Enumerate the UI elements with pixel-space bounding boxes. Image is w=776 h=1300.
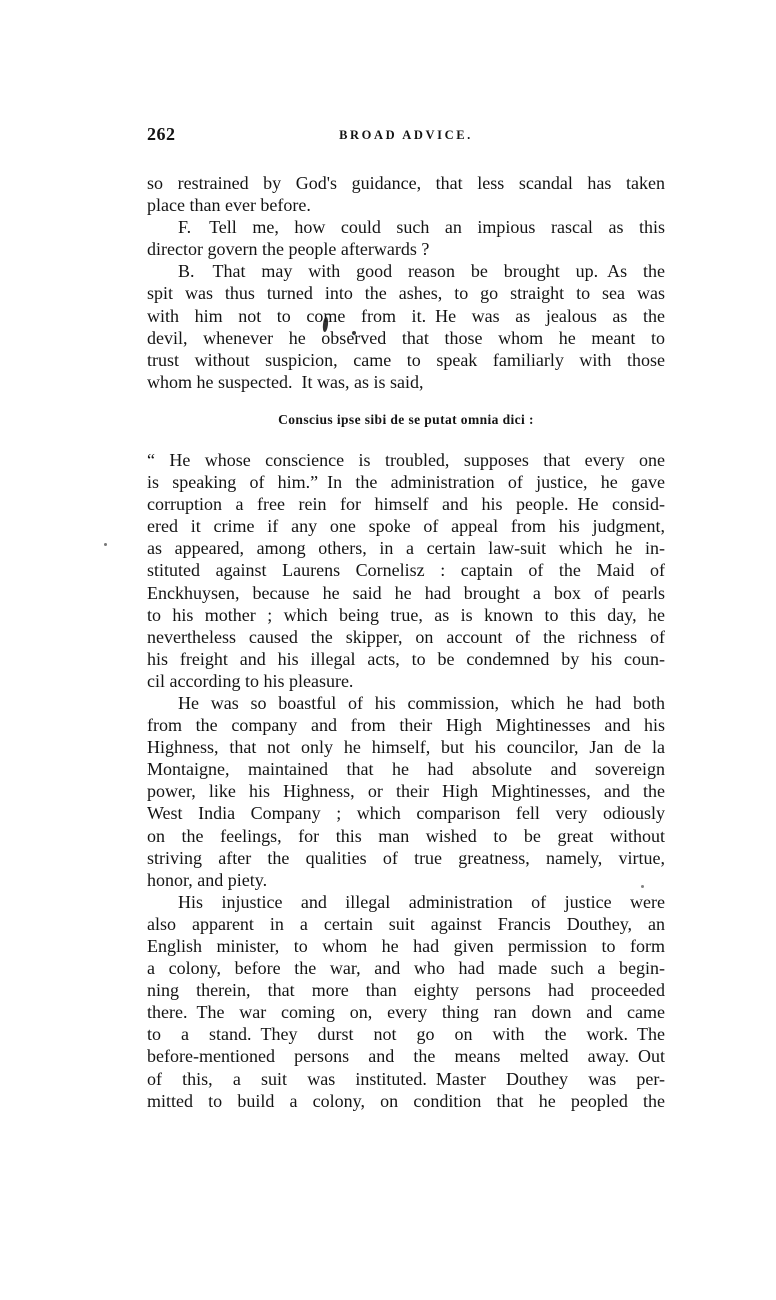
text-line: is speaking of him.” In the administrati… <box>147 471 665 493</box>
running-head: 262 BROAD ADVICE. <box>147 124 665 146</box>
paragraph: B. That may with good reason be brought … <box>147 260 665 393</box>
text-line: there. The war coming on, every thing ra… <box>147 1001 665 1023</box>
text-line: place than ever before. <box>147 194 665 216</box>
text-line: Highness, that not only he himself, but … <box>147 736 665 758</box>
text-line: before-mentioned persons and the means m… <box>147 1045 665 1067</box>
text-line: Montaigne, maintained that he had absolu… <box>147 758 665 780</box>
text-line: spit was thus turned into the ashes, to … <box>147 282 665 304</box>
text-line: a colony, before the war, and who had ma… <box>147 957 665 979</box>
text-line: trust without suspicion, came to speak f… <box>147 349 665 371</box>
text-line: from the company and from their High Mig… <box>147 714 665 736</box>
ink-speck <box>641 885 644 888</box>
text-line: striving after the qualities of true gre… <box>147 847 665 869</box>
text-line: cil according to his pleasure. <box>147 670 665 692</box>
paragraph: “ He whose conscience is troubled, suppo… <box>147 449 665 692</box>
text-line: on the feelings, for this man wished to … <box>147 825 665 847</box>
text-line: as appeared, among others, in a certain … <box>147 537 665 559</box>
ink-speck <box>352 331 356 335</box>
text-line: so restrained by God's guidance, that le… <box>147 172 665 194</box>
text-line: of this, a suit was instituted. Master D… <box>147 1068 665 1090</box>
text-line: stituted against Laurens Cornelisz : cap… <box>147 559 665 581</box>
text-line: director govern the people afterwards ? <box>147 238 665 260</box>
text-line: ning therein, that more than eighty pers… <box>147 979 665 1001</box>
text-line: whom he suspected. It was, as is said, <box>147 371 665 393</box>
text-line: honor, and piety. <box>147 869 665 891</box>
paragraph: His injustice and illegal administration… <box>147 891 665 1112</box>
page-number: 262 <box>147 124 176 145</box>
text-line: power, like his Highness, or their High … <box>147 780 665 802</box>
text-line: English minister, to whom he had given p… <box>147 935 665 957</box>
text-line: His injustice and illegal administration… <box>147 891 665 913</box>
text-line: with him not to come from it. He was as … <box>147 305 665 327</box>
page-body: so restrained by God's guidance, that le… <box>147 172 665 1112</box>
text-line: to his mother ; which being true, as is … <box>147 604 665 626</box>
ink-speck <box>104 543 107 546</box>
running-title: BROAD ADVICE. <box>339 128 473 143</box>
text-line: also apparent in a certain suit against … <box>147 913 665 935</box>
text-line: nevertheless caused the skipper, on acco… <box>147 626 665 648</box>
text-line: B. That may with good reason be brought … <box>147 260 665 282</box>
text-line: mitted to build a colony, on condition t… <box>147 1090 665 1112</box>
text-column: 262 BROAD ADVICE. so restrained by God's… <box>147 124 665 1112</box>
text-line: West India Company ; which comparison fe… <box>147 802 665 824</box>
text-line: ered it crime if any one spoke of appeal… <box>147 515 665 537</box>
paragraph: so restrained by God's guidance, that le… <box>147 172 665 216</box>
text-line: to a stand. They durst not go on with th… <box>147 1023 665 1045</box>
latin-quote: Conscius ipse sibi de se putat omnia dic… <box>147 411 665 429</box>
text-line: devil, whenever he observed that those w… <box>147 327 665 349</box>
book-page: 262 BROAD ADVICE. so restrained by God's… <box>0 0 776 1300</box>
text-line: F. Tell me, how could such an impious ra… <box>147 216 665 238</box>
text-line: corruption a free rein for himself and h… <box>147 493 665 515</box>
paragraph: He was so boastful of his commission, wh… <box>147 692 665 891</box>
paragraph: F. Tell me, how could such an impious ra… <box>147 216 665 260</box>
text-line: He was so boastful of his commission, wh… <box>147 692 665 714</box>
text-line: his freight and his illegal acts, to be … <box>147 648 665 670</box>
text-line: Enckhuysen, because he said he had broug… <box>147 582 665 604</box>
text-line: “ He whose conscience is troubled, suppo… <box>147 449 665 471</box>
